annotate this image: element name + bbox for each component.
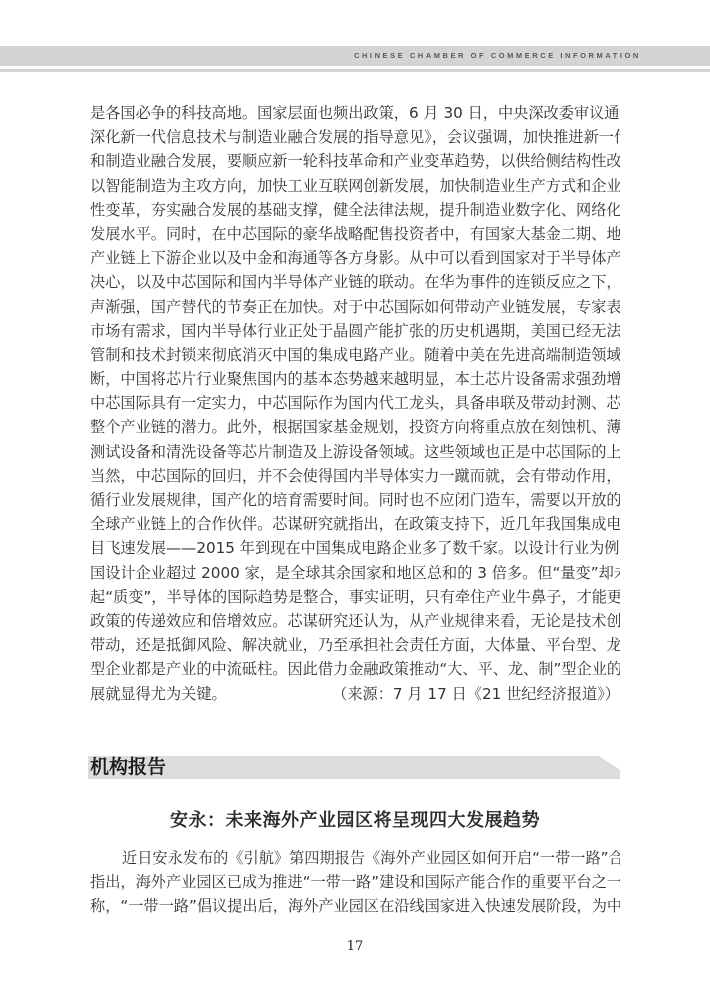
- paragraph-line: 带动，还是抵御风险、解决就业，乃至承担社会责任方面，大体量、平台型、龙头和制造: [90, 633, 620, 657]
- paragraph-line: 断，中国将芯片行业聚焦国内的基本态势越来越明显，本土芯片设备需求强劲增长。其次，: [90, 367, 620, 391]
- article-title: 安永：未来海外产业园区将呈现四大发展趋势: [0, 806, 710, 832]
- paragraph-line: 测试设备和清洗设备等芯片制造及上游设备领域。这些领域也正是中芯国际的上下游企业。: [90, 440, 620, 464]
- article-body: 近日安永发布的《引航》第四期报告《海外产业园区如何开启“一带一路”合作新篇章》 …: [90, 846, 620, 919]
- paragraph-line: 以智能制造为主攻方向，加快工业互联网创新发展，加快制造业生产方式和企业形态根本: [90, 174, 620, 198]
- article-continued-body: 是各国必争的科技高地。国家层面也频出政策，6 月 30 日，中央深改委审议通过《…: [90, 101, 620, 706]
- publication-name: CHINESE CHAMBER OF COMMERCE INFORMATION: [354, 51, 641, 60]
- section-header-band: [88, 756, 620, 779]
- paragraph-line: 深化新一代信息技术与制造业融合发展的指导意见》，会议强调，加快推进新一代信息技术: [90, 125, 620, 149]
- paragraph-line: 政策的传递效应和倍增效应。芯谋研究还认为，从产业规律来看，无论是技术创新、产业: [90, 609, 620, 633]
- section-title: 机构报告: [90, 755, 166, 779]
- header-divider: [0, 69, 710, 72]
- paragraph-line: 声渐强，国产替代的节奏正在加快。对于中芯国际如何带动产业链发展，专家表示，首先: [90, 295, 620, 319]
- paragraph-line: 产业链上下游企业以及中金和海通等各方身影。从中可以看到国家对于半导体产业的支持: [90, 246, 620, 270]
- paragraph-line: 目飞速发展——2015 年到现在中国集成电路企业多了数千家。以设计行业为例，目前…: [90, 536, 620, 560]
- paragraph-line: 管制和技术封锁来彻底消灭中国的集成电路产业。随着中美在先进高端制造领域的摩擦不: [90, 343, 620, 367]
- paragraph-line: 是各国必争的科技高地。国家层面也频出政策，6 月 30 日，中央深改委审议通过《…: [90, 101, 620, 125]
- paragraph-line: 指出，海外产业园区已成为推进“一带一路”建设和国际产能合作的重要平台之一。报告: [90, 870, 620, 894]
- paragraph-line: 起“质变”，半导体的国际趋势是整合，事实证明，只有牵住产业牛鼻子，才能更好地发挥: [90, 585, 620, 609]
- paragraph-line: 中芯国际具有一定实力，中芯国际作为国内代工龙头，具备串联及带动封测、芯片设计等: [90, 391, 620, 415]
- page-number: 17: [0, 939, 710, 954]
- paragraph-line: 市场有需求，国内半导体行业正处于晶圆产能扩张的历史机遇期，美国已经无法通过出口: [90, 319, 620, 343]
- paragraph-line: 发展水平。同时，在中芯国际的豪华战略配售投资者中，有国家大基金二期、地方政府、: [90, 222, 620, 246]
- paragraph-line: 型企业都是产业的中流砥柱。因此借力金融政策推动“大、平、龙、制”型企业的快速发: [90, 657, 620, 681]
- paragraph-line: 近日安永发布的《引航》第四期报告《海外产业园区如何开启“一带一路”合作新篇章》: [90, 846, 620, 870]
- paragraph-line: 决心，以及中芯国际和国内半导体产业链的联动。在华为事件的连锁反应之下，自主的呼: [90, 270, 620, 294]
- paragraph-line: 国设计企业超过 2000 家，是全球其余国家和地区总和的 3 倍多。但“量变”却…: [90, 561, 620, 585]
- paragraph-line: 称，“一带一路”倡议提出后，海外产业园区在沿线国家进入快速发展阶段，为中企“走出: [90, 894, 620, 918]
- paragraph-line: 循行业发展规律，国产化的培育需要时间。同时也不应闭门造车，需要以开放的心态联合: [90, 488, 620, 512]
- paragraph-line: 和制造业融合发展，要顺应新一轮科技革命和产业变革趋势，以供给侧结构性改革为主线，: [90, 149, 620, 173]
- paragraph-line: 当然，中芯国际的回归，并不会使得国内半导体实力一蹴而就，会有带动作用，但也要遵: [90, 464, 620, 488]
- paragraph-line: 全球产业链上的合作伙伴。芯谋研究就指出，在政策支持下，近几年我国集成电路企业数: [90, 512, 620, 536]
- paragraph-line: 性变革，夯实融合发展的基础支撑，健全法律法规，提升制造业数字化、网络化、智能化: [90, 198, 620, 222]
- paragraph-line: 整个产业链的潜力。此外，根据国家基金规划，投资方向将重点放在刻蚀机、薄膜设备、: [90, 415, 620, 439]
